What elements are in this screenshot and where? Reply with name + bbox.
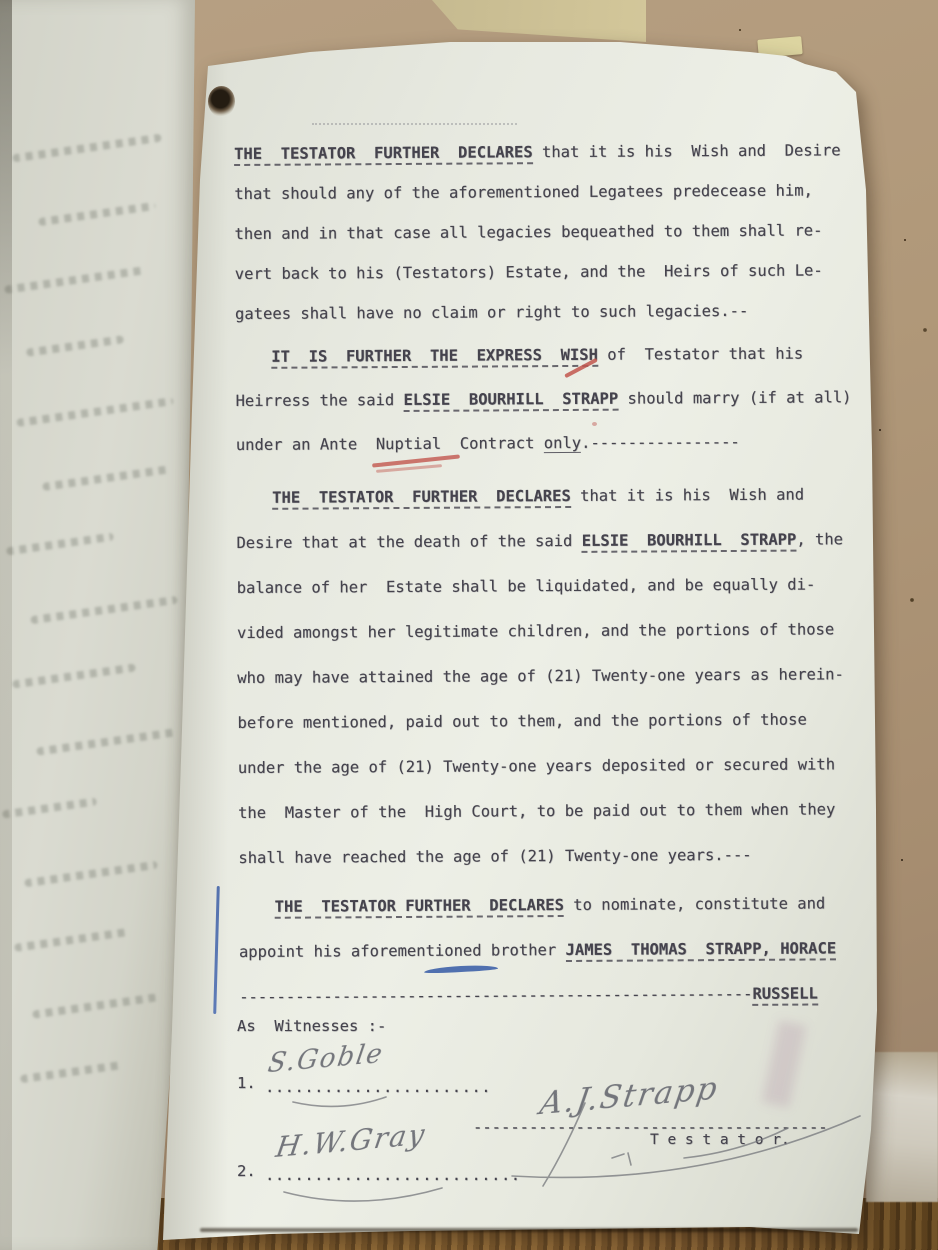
typed-line: the Master of the High Court, to be paid… <box>238 800 850 849</box>
ghost-text-line <box>38 202 156 226</box>
ghost-text-line <box>2 797 97 818</box>
typed-line: vided amongst her legitimate children, a… <box>237 620 849 669</box>
gutter-shadow <box>150 30 228 1244</box>
punch-hole <box>208 86 235 117</box>
typed-line: IT IS FURTHER THE EXPRESS WISH of Testat… <box>235 344 847 392</box>
red-pencil-dot <box>592 422 597 426</box>
typed-line: shall have reached the age of (21) Twent… <box>238 845 850 894</box>
ghost-text-line <box>12 134 162 163</box>
witness-2-dotted-line: .......................... <box>265 1166 521 1184</box>
typed-line: THE TESTATOR FURTHER DECLARES that it is… <box>236 485 848 534</box>
typed-line: under an Ante Nuptial Contract only.----… <box>236 432 848 480</box>
ghost-text-line <box>26 335 124 357</box>
testator-label: T e s t a t o r. <box>650 1132 790 1148</box>
typed-line: THE TESTATOR FURTHER DECLARES to nominat… <box>239 894 851 943</box>
typed-line: balance of her Estate shall be liquidate… <box>237 575 849 624</box>
ghost-text-line <box>6 533 114 556</box>
typed-line: gatees shall have no claim or right to s… <box>235 301 847 345</box>
ghost-text-line <box>14 928 128 952</box>
witness-1-number: 1. <box>237 1074 256 1092</box>
ghost-text-line <box>12 663 136 688</box>
witness-1-dotted-line: ....................... <box>265 1078 491 1096</box>
typed-line: Desire that at the death of the said ELS… <box>236 530 848 579</box>
paragraph-1: THE TESTATOR FURTHER DECLARES that it is… <box>234 141 847 345</box>
ghost-text-line <box>20 1061 124 1083</box>
ghost-text-line <box>32 993 158 1018</box>
binding-shadow <box>0 0 12 1250</box>
document-photo: THE TESTATOR FURTHER DECLARES that it is… <box>0 0 938 1250</box>
torn-bottom-edge <box>200 1228 858 1232</box>
paragraph-3: THE TESTATOR FURTHER DECLARES that it is… <box>236 485 850 894</box>
typed-line: before mentioned, paid out to them, and … <box>237 710 849 759</box>
typed-line: that should any of the aforementioned Le… <box>234 181 846 225</box>
typed-line: appoint his aforementioned brother JAMES… <box>239 939 851 988</box>
witness-heading: As Witnesses :- <box>237 1017 386 1035</box>
typed-line: who may have attained the age of (21) Tw… <box>237 665 849 714</box>
faint-dotted-line <box>312 123 517 125</box>
paragraph-4: THE TESTATOR FURTHER DECLARES to nominat… <box>239 894 852 1033</box>
paragraph-2: IT IS FURTHER THE EXPRESS WISH of Testat… <box>235 344 848 480</box>
typed-line: Heirress the said ELSIE BOURHILL STRAPP … <box>235 388 847 436</box>
typed-line: then and in that case all legacies beque… <box>234 221 846 265</box>
ghost-text-line <box>24 861 158 888</box>
witness-2-number: 2. <box>237 1162 256 1180</box>
typed-line: vert back to his (Testators) Estate, and… <box>235 261 847 305</box>
typed-line: under the age of (21) Twenty-one years d… <box>238 755 850 804</box>
typed-line: THE TESTATOR FURTHER DECLARES that it is… <box>234 141 846 185</box>
ghost-text-line <box>4 266 146 294</box>
